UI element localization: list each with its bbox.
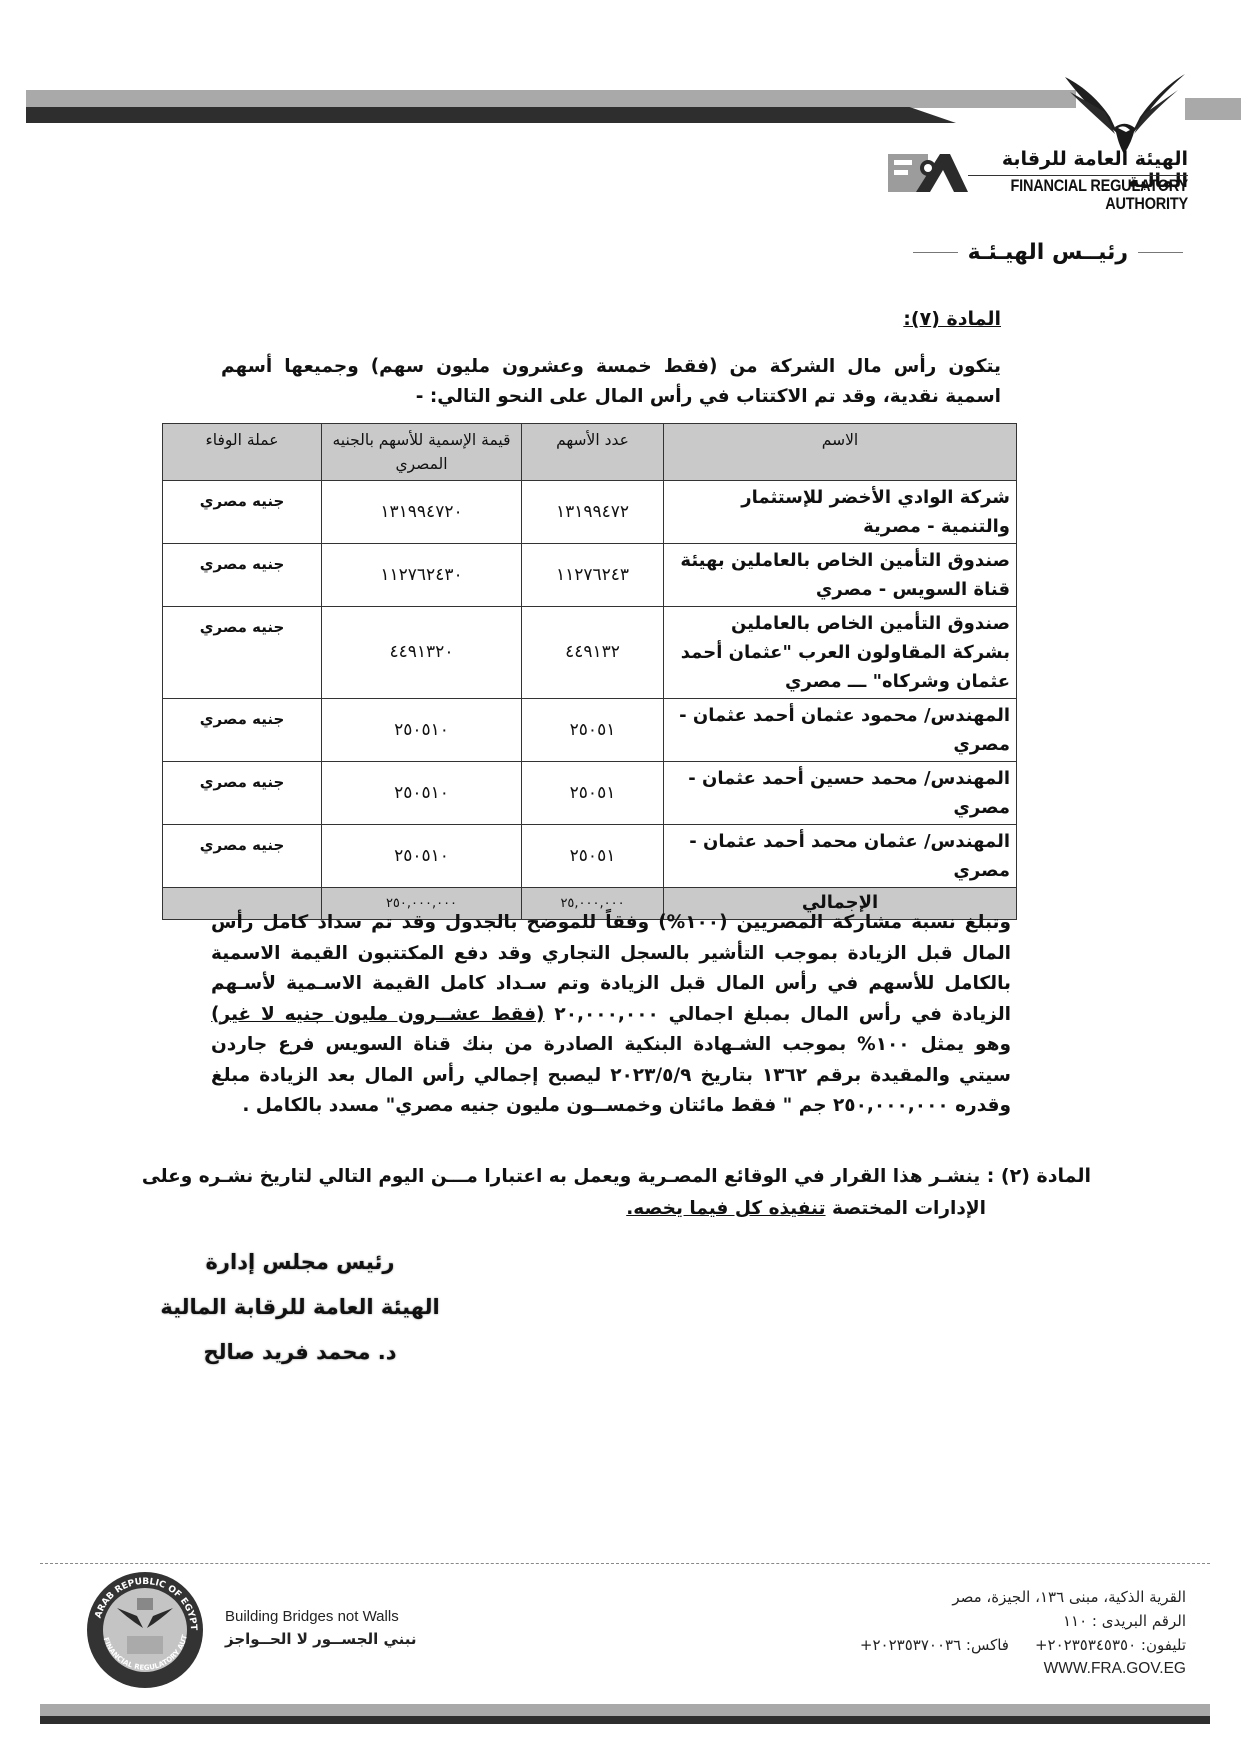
shares-count: ٢٥٠٥١ <box>522 825 664 888</box>
payment-currency: جنيه مصري <box>163 544 322 607</box>
shareholder-name: صندوق التأمين الخاص بالعاملين بهيئة قناة… <box>664 544 1017 607</box>
signature-title: رئيس مجلس إدارة <box>150 1240 450 1285</box>
shareholder-name: شركة الوادي الأخضر للإستثمار والتنمية - … <box>664 481 1017 544</box>
capital-paragraph-part2: وهو يمثل ١٠٠% بموجب الشـهادة البنكية الص… <box>211 1034 1011 1116</box>
shareholder-name: المهندس/ محمود عثمان أحمد عثمان - مصري <box>664 699 1017 762</box>
payment-currency: جنيه مصري <box>163 607 322 699</box>
nominal-value: ١٣١٩٩٤٧٢٠ <box>322 481 522 544</box>
org-name-divider <box>968 175 1188 176</box>
col-header-name: الاسم <box>664 424 1017 481</box>
org-name-english: FINANCIAL REGULATORY AUTHORITY <box>968 177 1188 214</box>
article-7-intro: يتكون رأس مال الشركة من (فقط خمسة وعشرون… <box>221 352 1001 412</box>
contact-block: القرية الذكية، مبنى ١٣٦، الجيزة، مصر الر… <box>786 1585 1186 1681</box>
table-row: صندوق التأمين الخاص بالعاملين بشركة المق… <box>163 607 1017 699</box>
payment-currency: جنيه مصري <box>163 825 322 888</box>
phone-fax-line: تليفون: ٢٠٢٣٥٣٤٥٣٥٠+فاكس: ٢٠٢٣٥٣٧٠٠٣٦+ <box>786 1633 1186 1657</box>
shareholder-name: المهندس/ عثمان محمد أحمد عثمان - مصري <box>664 825 1017 888</box>
shares-count: ١٣١٩٩٤٧٢ <box>522 481 664 544</box>
shares-count: ١١٢٧٦٢٤٣ <box>522 544 664 607</box>
col-header-shares: عدد الأسهم <box>522 424 664 481</box>
col-header-nominal-value: قيمة الإسمية للأسهم بالجنيه المصري <box>322 424 522 481</box>
address: القرية الذكية، مبنى ١٣٦، الجيزة، مصر <box>786 1585 1186 1609</box>
table-row: المهندس/ محمد حسين أحمد عثمان - مصري ٢٥٠… <box>163 762 1017 825</box>
table-row: شركة الوادي الأخضر للإستثمار والتنمية - … <box>163 481 1017 544</box>
nominal-value: ٤٤٩١٣٢٠ <box>322 607 522 699</box>
article-2-line2-underlined: تنفيذه كل فيما يخصه. <box>626 1198 825 1219</box>
shareholders-table: الاسم عدد الأسهم قيمة الإسمية للأسهم بال… <box>162 423 1017 920</box>
authority-seal-icon: ARAB REPUBLIC OF EGYPT FINANCIAL REGULAT… <box>85 1570 205 1690</box>
capital-amount-words: (فقط عشــرون مليون جنيه لا غير) <box>211 1004 545 1025</box>
shareholder-name: صندوق التأمين الخاص بالعاملين بشركة المق… <box>664 607 1017 699</box>
article-2-label: المادة (٢) : <box>987 1165 1091 1187</box>
slogan-english: Building Bridges not Walls <box>225 1608 399 1625</box>
article-2-line2-pre: الإدارات المختصة <box>826 1198 986 1219</box>
fax-number: فاكس: ٢٠٢٣٥٣٧٠٠٣٦+ <box>860 1636 1009 1654</box>
nominal-value: ٢٥٠٥١٠ <box>322 825 522 888</box>
phone-number: تليفون: ٢٠٢٣٥٣٤٥٣٥٠+ <box>1035 1636 1186 1654</box>
signature-block: رئيس مجلس إدارة الهيئة العامة للرقابة ال… <box>150 1240 450 1375</box>
postal-code: الرقم البريدى : ١١٠ <box>786 1609 1186 1633</box>
header-band-light <box>26 90 1076 108</box>
footer-divider <box>40 1563 1210 1564</box>
col-header-currency: عملة الوفاء <box>163 424 322 481</box>
shares-count: ٤٤٩١٣٢ <box>522 607 664 699</box>
nominal-value: ٢٥٠٥١٠ <box>322 699 522 762</box>
signature-name: د. محمد فريد صالح <box>150 1330 450 1375</box>
title-dash-right <box>1138 252 1183 253</box>
footer-band-dark <box>40 1716 1210 1724</box>
article-7-heading: المادة (٧): <box>903 308 1001 330</box>
payment-currency: جنيه مصري <box>163 481 322 544</box>
website-link[interactable]: WWW.FRA.GOV.EG <box>786 1657 1186 1681</box>
capital-paragraph: وتبلغ نسبة مشاركة المصريين (١٠٠%) وفقاً … <box>211 908 1011 1122</box>
signature-org: الهيئة العامة للرقابة المالية <box>150 1285 450 1330</box>
footer-band-light <box>40 1704 1210 1716</box>
slogan-arabic: نبني الجســور لا الحــواجز <box>225 1630 417 1648</box>
table-header-row: الاسم عدد الأسهم قيمة الإسمية للأسهم بال… <box>163 424 1017 481</box>
nominal-value: ٢٥٠٥١٠ <box>322 762 522 825</box>
payment-currency: جنيه مصري <box>163 762 322 825</box>
fra-logo-icon <box>888 152 968 194</box>
shares-count: ٢٥٠٥١ <box>522 762 664 825</box>
office-title: رئيــس الهيـئـة <box>913 240 1183 265</box>
shareholder-name: المهندس/ محمد حسين أحمد عثمان - مصري <box>664 762 1017 825</box>
article-2-line1: ينشـر هذا القرار في الوقائع المصـرية ويع… <box>142 1166 980 1187</box>
article-2: المادة (٢) : ينشـر هذا القرار في الوقائع… <box>131 1160 1091 1225</box>
table-row: المهندس/ محمود عثمان أحمد عثمان - مصري ٢… <box>163 699 1017 762</box>
header-band-dark <box>26 107 956 123</box>
header-band-right <box>1185 98 1241 120</box>
nominal-value: ١١٢٧٦٢٤٣٠ <box>322 544 522 607</box>
payment-currency: جنيه مصري <box>163 699 322 762</box>
table-row: صندوق التأمين الخاص بالعاملين بهيئة قناة… <box>163 544 1017 607</box>
table-row: المهندس/ عثمان محمد أحمد عثمان - مصري ٢٥… <box>163 825 1017 888</box>
shares-count: ٢٥٠٥١ <box>522 699 664 762</box>
office-title-text: رئيــس الهيـئـة <box>968 240 1128 265</box>
title-dash-left <box>913 252 958 253</box>
article-2-line2: الإدارات المختصة تنفيذه كل فيما يخصه. <box>131 1193 1091 1225</box>
